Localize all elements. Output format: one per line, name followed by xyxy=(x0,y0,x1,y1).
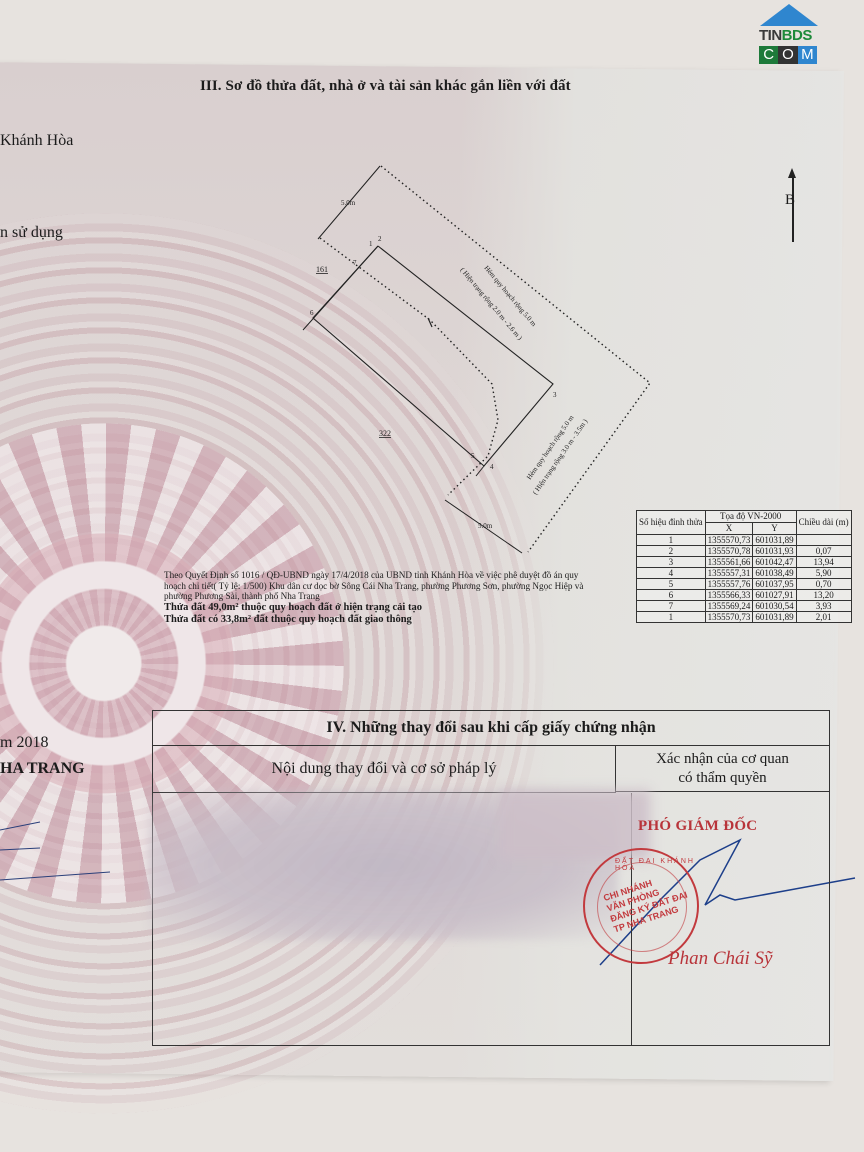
signer-name: Phan Chái Sỹ xyxy=(668,948,773,970)
table-row: 21355570,78601031,930,07 xyxy=(637,546,852,557)
svg-text:5.0m: 5.0m xyxy=(478,522,493,530)
svg-text:1: 1 xyxy=(369,240,373,248)
col-point: Số hiệu đỉnh thửa xyxy=(637,511,706,535)
col-length: Chiều dài (m) xyxy=(796,511,851,535)
area-residential: Thửa đất 49,0m² thuộc quy hoạch đất ở hi… xyxy=(164,602,584,614)
section-iv-title: IV. Những thay đổi sau khi cấp giấy chứn… xyxy=(153,711,829,746)
svg-text:5.0m: 5.0m xyxy=(341,199,356,207)
table-row: 41355557,31601038,495,90 xyxy=(637,568,852,579)
planning-note: Theo Quyết Định số 1016 / QĐ-UBND ngày 1… xyxy=(164,570,584,626)
table-row: 71355569,24601030,543,93 xyxy=(637,601,852,612)
col-confirm-header: Xác nhận của cơ quan có thẩm quyền xyxy=(616,746,829,792)
svg-text:2: 2 xyxy=(378,235,382,243)
svg-text:7: 7 xyxy=(353,259,357,267)
svg-text:4: 4 xyxy=(490,463,494,471)
table-row: 11355570,73601031,892,01 xyxy=(637,612,852,623)
coordinate-table: Số hiệu đỉnh thửa Tọa độ VN-2000 Chiều d… xyxy=(636,510,852,623)
col-x: X xyxy=(705,523,753,535)
svg-text:161: 161 xyxy=(316,265,328,274)
col-system: Tọa độ VN-2000 xyxy=(705,511,796,523)
svg-text:3: 3 xyxy=(553,391,557,399)
table-row: 51355557,76601037,950,70 xyxy=(637,579,852,590)
decision-text: Theo Quyết Định số 1016 / QĐ-UBND ngày 1… xyxy=(164,570,584,602)
area-traffic: Thửa đất có 33,8m² đất thuộc quy hoạch đ… xyxy=(164,614,584,626)
svg-text:5: 5 xyxy=(471,452,475,460)
col-y: Y xyxy=(753,523,796,535)
svg-text:6: 6 xyxy=(310,309,314,317)
official-red-stamp: ĐẤT ĐAI KHÁNH HÒA CHI NHÁNH VĂN PHÒNG ĐĂ… xyxy=(583,848,699,964)
table-row: 31355561,66601042,4713,94 xyxy=(637,557,852,568)
svg-text:322: 322 xyxy=(379,429,391,438)
table-row: 11355570,73601031,89 xyxy=(637,535,852,546)
table-row: 61355566,33601027,9113,20 xyxy=(637,590,852,601)
signer-title: PHÓ GIÁM ĐỐC xyxy=(638,818,757,835)
col-content-header: Nội dung thay đổi và cơ sở pháp lý xyxy=(153,746,616,793)
